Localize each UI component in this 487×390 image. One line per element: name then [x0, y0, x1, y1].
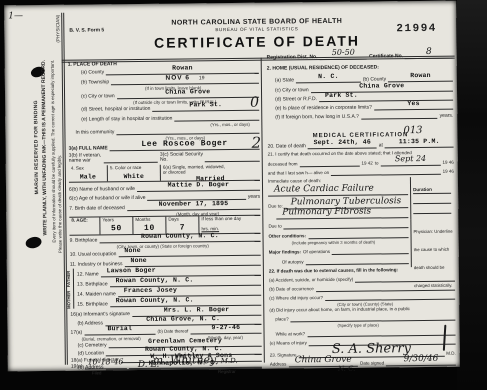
reg-dist-value: 50-50 [332, 48, 355, 57]
certify-lastsaw-year: 19 46 [443, 170, 454, 175]
street-pen-mark: 0 [250, 95, 259, 111]
occupation-label: 10. Usual occupation [70, 252, 117, 258]
margin-physician-note: (PHYSICIAN) [55, 15, 60, 43]
other-conditions-caption: (Include pregnancy within 3 months of de… [292, 240, 376, 246]
age-less-label: If less than one day [201, 217, 258, 222]
father-name-label: 12. Name [77, 272, 99, 278]
age-months-label: Months [135, 218, 163, 223]
duration-label: Duration [413, 187, 432, 192]
margin-binding-note: MARGIN RESERVED FOR BINDING [34, 100, 40, 194]
street-value: Park St. [189, 101, 222, 108]
operations-label: Of operations [303, 250, 330, 255]
due-to-row-1b: Pulmonary Fibrosis [276, 208, 408, 219]
residence-city-label: (c) City or town [275, 88, 309, 94]
corner-pen-mark: 1— [8, 11, 23, 21]
sex-label: 4. Sex [71, 166, 105, 171]
cert-no-label: Certificate No. [369, 54, 403, 60]
date-signed-label: Date signed [360, 361, 384, 366]
date-signed-value: 9/30/46 [404, 354, 439, 364]
margin-every-item-note: Every item of information should be care… [50, 60, 57, 243]
certify-line-3: and that I last saw h— alive on 19 46 [268, 167, 454, 177]
age-label-cell: 8. AGE: [69, 217, 99, 234]
residence-corporate-value: Yes [407, 100, 419, 107]
autopsy-label: Of autopsy [282, 260, 304, 265]
burial-label: 17(a) [71, 330, 83, 336]
form-number: B. V. S. Form 5 [69, 28, 104, 34]
injury-place-label-2: place? [275, 317, 288, 322]
certify-year2: 19 46 [442, 161, 453, 166]
margin-write-plainly-note: WRITE PLAINLY, WITH UNFADING INK—THIS IS… [42, 60, 49, 236]
major-findings-row: Major findings: Of operations [269, 246, 409, 255]
autopsy-row: Of autopsy [282, 256, 409, 265]
full-name-row: 3(a) FULL NAME Lee Roscoe Boger [69, 139, 260, 152]
external-causes-label: 22. If death was due to external causes,… [269, 267, 398, 273]
death-time-value: 11:35 P.M. [399, 138, 440, 145]
father-side-label: FATHER [67, 271, 72, 287]
injury-place-row: place? [275, 313, 455, 323]
registration-district-row: Registration Dist. No. 50-50 Certificate… [267, 50, 453, 61]
due-to-row-2: Due to [268, 220, 408, 229]
street-label: (d) Street, hospital or institution [81, 106, 150, 112]
birthplace-label: 9. Birthplace [70, 238, 98, 244]
filed-caption: Filed [92, 370, 102, 375]
physician-address-value: China Grove [295, 355, 352, 366]
registrar-md-suffix: , M.D. [216, 357, 238, 365]
certify-lastsaw-label: and that I last saw h— alive on [268, 171, 329, 177]
filed-row: 19(a) 10-18-46 m. Whitney, M.D. [71, 348, 262, 370]
residence-state-label: (a) State [275, 78, 294, 84]
age-days-label: Days [168, 217, 196, 222]
residence-foreign-row: (f) If foreign born, how long in U.S.A.?… [275, 111, 453, 121]
death-at-label: at [379, 143, 383, 149]
sex-cell: 4. Sex Male [69, 165, 107, 181]
stay-label: (e) Length of stay in hospital or instit… [81, 116, 172, 122]
birth-date-value: November 17, 1895 [159, 200, 229, 208]
certificate-serial-number: 21994 [396, 23, 437, 35]
physician-address-state: N. C. [338, 365, 356, 373]
father-birthplace-label: 13. Birthplace [77, 282, 108, 288]
margin-please-write-note: Please write the cause of death clearly … [57, 155, 63, 253]
due-to-value-2: Pulmonary Fibrosis [282, 207, 371, 218]
other-conditions-row: Other conditions: [268, 230, 408, 239]
duration-box: Duration [410, 177, 457, 219]
registrar-caption: Registrar [218, 369, 236, 374]
spouse-value: Mattie D. Boger [168, 181, 230, 189]
birth-date-label: 7. Birth date of deceased [69, 206, 125, 212]
where-injury-label: (c) Where did injury occur? [269, 296, 323, 302]
age-years-label: Years [102, 218, 130, 223]
death-date-value: Sept. 24th, 46 [314, 139, 371, 147]
full-name-value: Lee Roscoe Boger [141, 139, 228, 149]
certificate-paper: 1— MARGIN RESERVED FOR BINDING WRITE PLA… [4, 1, 460, 372]
certify-to-label: to [375, 162, 379, 167]
due-to-2-label: Due to [268, 225, 281, 230]
township-label: (b) Township [81, 80, 109, 86]
cemetery-label: (c) Cemetery [78, 343, 107, 349]
street-row: (d) Street, hospital or institution Park… [81, 103, 259, 113]
birth-date-row: 7. Birth date of deceased November 17, 1… [69, 201, 260, 212]
mother-birthplace-label: 15. Birthplace [77, 302, 108, 308]
physician-note-box: Physician: Underline the cause to which … [410, 219, 458, 267]
punch-hole-bottom [25, 235, 43, 249]
full-name-label: 3(a) FULL NAME [69, 146, 108, 152]
residence-foreign-label: (f) If foreign born, how long in U.S.A.? [275, 114, 359, 120]
physician-address-row: Address China Grove Date signed 9/30/46 [270, 357, 456, 368]
scanned-death-certificate: 1— MARGIN RESERVED FOR BINDING WRITE PLA… [0, 0, 487, 390]
residence-street-value: Park St. [325, 92, 358, 99]
injury-place-caption: (Specify type of place) [337, 322, 378, 327]
major-findings-label: Major findings: [269, 250, 301, 255]
reg-dist-label: Registration Dist. No. [267, 55, 318, 61]
veteran-label: 3(b) If veteran,name war [69, 153, 102, 164]
while-at-work-label: While at work? [276, 332, 306, 337]
veteran-ssn-row: 3(b) If veteran,name war 3(c) Social Sec… [69, 152, 260, 164]
parents-divider [73, 269, 74, 309]
physician-address-label: Address [270, 363, 287, 368]
filed-label: 19(a) [71, 364, 83, 370]
age-label: 8. AGE: [71, 218, 97, 223]
registrar-initials: D. L. [138, 360, 160, 370]
filed-date-value: 10-18-46 [87, 357, 123, 366]
occurrence-label: (b) Date of occurrence [269, 287, 314, 292]
certify-year1: 19 42 [362, 162, 373, 167]
residence-foreign-suffix: years. [440, 113, 454, 119]
full-name-pen-mark: 2 [251, 134, 261, 152]
death-date-label: 20. Date of death [268, 144, 306, 150]
mother-side-label: MOTHER [67, 291, 72, 309]
sex-value: Male [71, 173, 105, 180]
accident-label: (a) Accident, suicide, or homicide (spec… [269, 278, 353, 284]
certify-from-label: deceased from [268, 162, 298, 167]
cert-no-value: 8 [426, 47, 432, 57]
residence-street-label: (d) Street or R.F.D. [275, 97, 317, 103]
certify-to-date: Sept 24 [395, 154, 426, 163]
registrar-signature: m. Whitney [153, 353, 217, 367]
residence-corporate-label: (e) Is place of residence in corporate l… [275, 105, 372, 112]
other-conditions-label: Other conditions: [269, 234, 307, 239]
ssn-label: 3(c) Social SecurityNo. [160, 152, 203, 163]
city-label: (c) City or town [81, 94, 115, 100]
spouse-row: 6(b) Name of husband or wife Mattie D. B… [69, 183, 260, 193]
where-injury-row: (c) Where did injury occur? [269, 292, 455, 302]
county-label: (a) County [81, 70, 104, 76]
community-label: In this community [75, 130, 114, 136]
spouse-label: 6(b) Name of husband or wife [69, 187, 135, 193]
race-label: 5. Color or race [110, 166, 158, 171]
